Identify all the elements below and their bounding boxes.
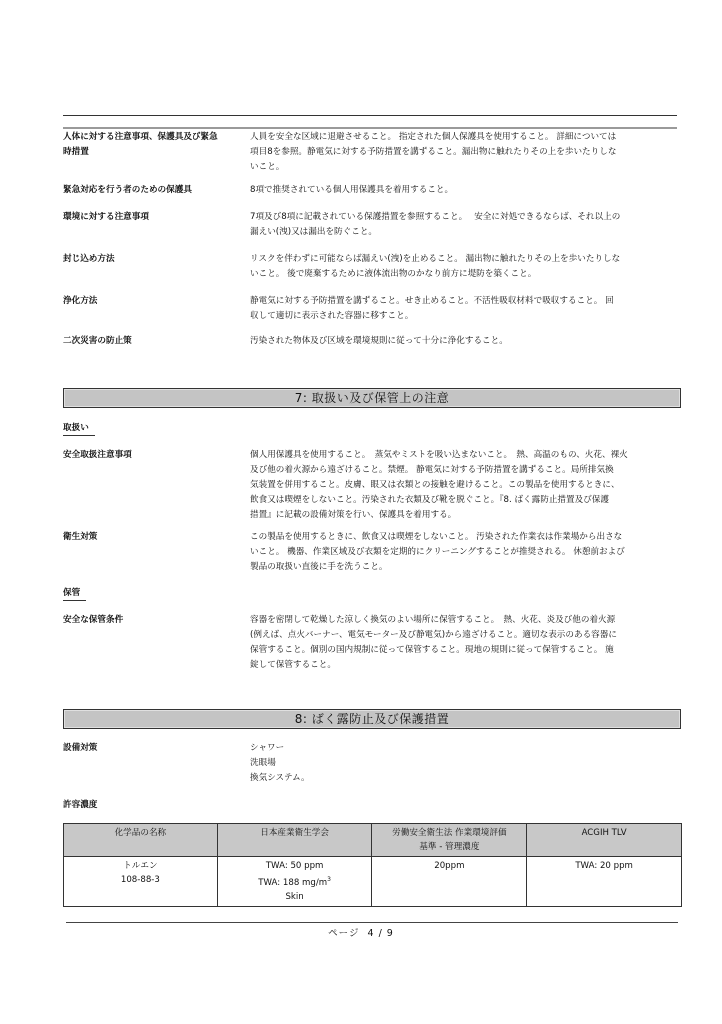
footer-rule	[66, 922, 678, 923]
label-safe-handling: 安全取扱注意事項	[63, 448, 132, 463]
subheading-storage: 保管	[63, 586, 86, 601]
value-hygiene: この製品を使用するときに、飲食又は喫煙をしないこと。 汚染された作業衣は作業場か…	[250, 530, 680, 575]
page-indicator: ページ 4 / 9	[0, 925, 722, 939]
cell-chemical-name: トルエン 108-88-3	[64, 857, 218, 907]
section-header-7: 7: 取扱い及び保管上の注意	[63, 388, 681, 408]
label-personal-precautions: 人体に対する注意事項、保護具及び緊急 時措置	[63, 130, 218, 160]
label-environmental-precautions: 環境に対する注意事項	[63, 210, 149, 225]
value-emergency-responders: 8項で推奨されている個人用保護具を着用すること。	[250, 183, 680, 198]
header-rule	[63, 115, 677, 116]
value-cleanup: 静電気に対する予防措置を講ずること。せき止めること。不活性吸収材料で吸収すること…	[250, 294, 680, 324]
page-label: ページ	[328, 928, 359, 939]
section-divider	[63, 127, 677, 129]
label-containment: 封じ込め方法	[63, 252, 115, 267]
page-number: 4 / 9	[368, 928, 394, 939]
table-header-row: 化学品の名称 日本産業衛生学会 労働安全衛生法 作業環境評価 基準 - 管理濃度…	[64, 824, 682, 857]
label-engineering-controls: 設備対策	[63, 741, 97, 756]
label-emergency-responders: 緊急対応を行う者のための保護具	[63, 183, 192, 198]
table-row: トルエン 108-88-3 TWA: 50 ppm TWA: 188 mg/m3…	[64, 857, 682, 907]
value-environmental-precautions: 7項及び8項に記載されている保護措置を参照すること。 安全に対処できるならば、そ…	[250, 210, 680, 240]
value-containment: リスクを伴わずに可能ならば漏えい(洩)を止めること。 漏出物に触れたりその上を歩…	[250, 252, 680, 282]
value-engineering-controls: シャワー 洗眼場 換気システム。	[250, 741, 680, 786]
exposure-limits-table: 化学品の名称 日本産業衛生学会 労働安全衛生法 作業環境評価 基準 - 管理濃度…	[63, 823, 682, 907]
column-header-jsoh: 日本産業衛生学会	[217, 824, 372, 857]
label-safe-storage: 安全な保管条件	[63, 613, 123, 628]
section-header-8: 8: ばく露防止及び保護措置	[63, 709, 681, 729]
column-header-chemical-name: 化学品の名称	[64, 824, 218, 857]
cell-ishl: 20ppm	[372, 857, 527, 907]
column-header-ishl: 労働安全衛生法 作業環境評価 基準 - 管理濃度	[372, 824, 527, 857]
column-header-acgih: ACGIH TLV	[527, 824, 682, 857]
cell-jsoh: TWA: 50 ppm TWA: 188 mg/m3 Skin	[217, 857, 372, 907]
cell-acgih: TWA: 20 ppm	[527, 857, 682, 907]
subheading-handling: 取扱い	[63, 421, 95, 436]
value-personal-precautions: 人員を安全な区域に退避させること。 指定された個人保護具を使用すること。 詳細に…	[250, 130, 680, 175]
label-secondary-hazards: 二次災害の防止策	[63, 334, 132, 349]
value-secondary-hazards: 汚染された物体及び区域を環境規則に従って十分に浄化すること。	[250, 334, 680, 349]
label-cleanup: 浄化方法	[63, 294, 97, 309]
value-safe-handling: 個人用保護具を使用すること。 蒸気やミストを吸い込まないこと。 熱、高温のもの、…	[250, 448, 680, 523]
value-safe-storage: 容器を密閉して乾燥した涼しく換気のよい場所に保管すること。 熱、火花、炎及び他の…	[250, 613, 680, 673]
label-exposure-limits: 許容濃度	[63, 798, 97, 812]
label-hygiene: 衛生対策	[63, 530, 97, 545]
